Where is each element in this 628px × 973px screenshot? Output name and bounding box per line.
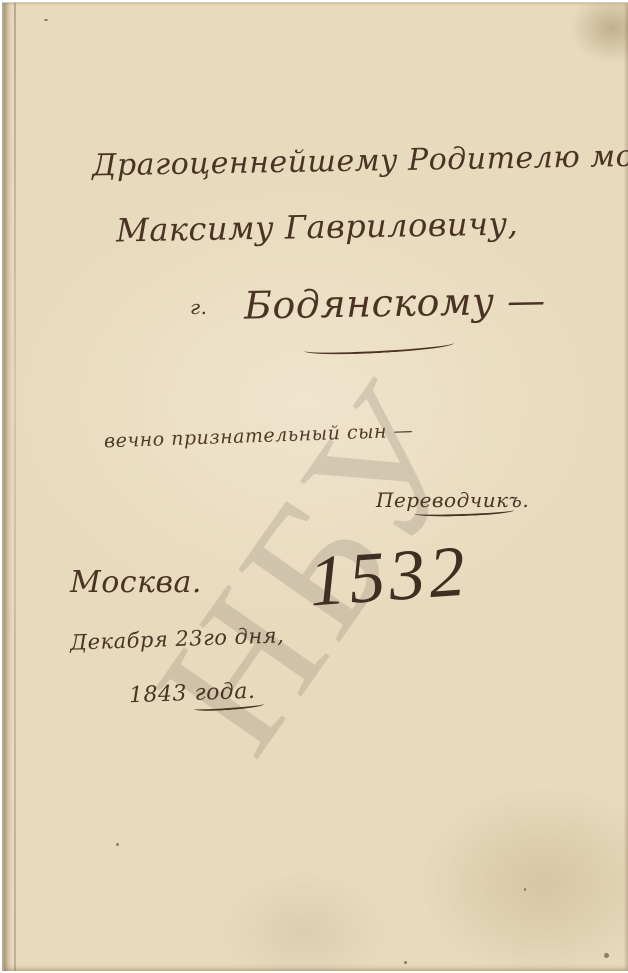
dedication-line-1: Драгоценнейшему Родителю моему, — [92, 138, 628, 184]
place-line: Москва. — [70, 565, 202, 600]
dedication-honorific: г. — [190, 295, 207, 319]
dedication-line-2: Максиму Гавриловичу, — [116, 204, 519, 249]
date-line: Декабря 23го дня, — [70, 623, 285, 654]
flourish-underline — [304, 337, 454, 357]
signature-line: вечно признательный сын — — [104, 420, 414, 453]
binding-edge — [14, 3, 16, 971]
ink-spot — [44, 19, 48, 21]
ink-spot — [604, 953, 609, 958]
ink-spot — [524, 888, 526, 891]
accession-number: 1532 — [306, 530, 471, 624]
dedication-surname: Бодянскому — — [244, 278, 546, 327]
ink-spot — [116, 843, 119, 846]
ink-spot — [404, 961, 407, 964]
manuscript-page: НБУ Драгоценнейшему Родителю моему, Макс… — [2, 2, 628, 971]
